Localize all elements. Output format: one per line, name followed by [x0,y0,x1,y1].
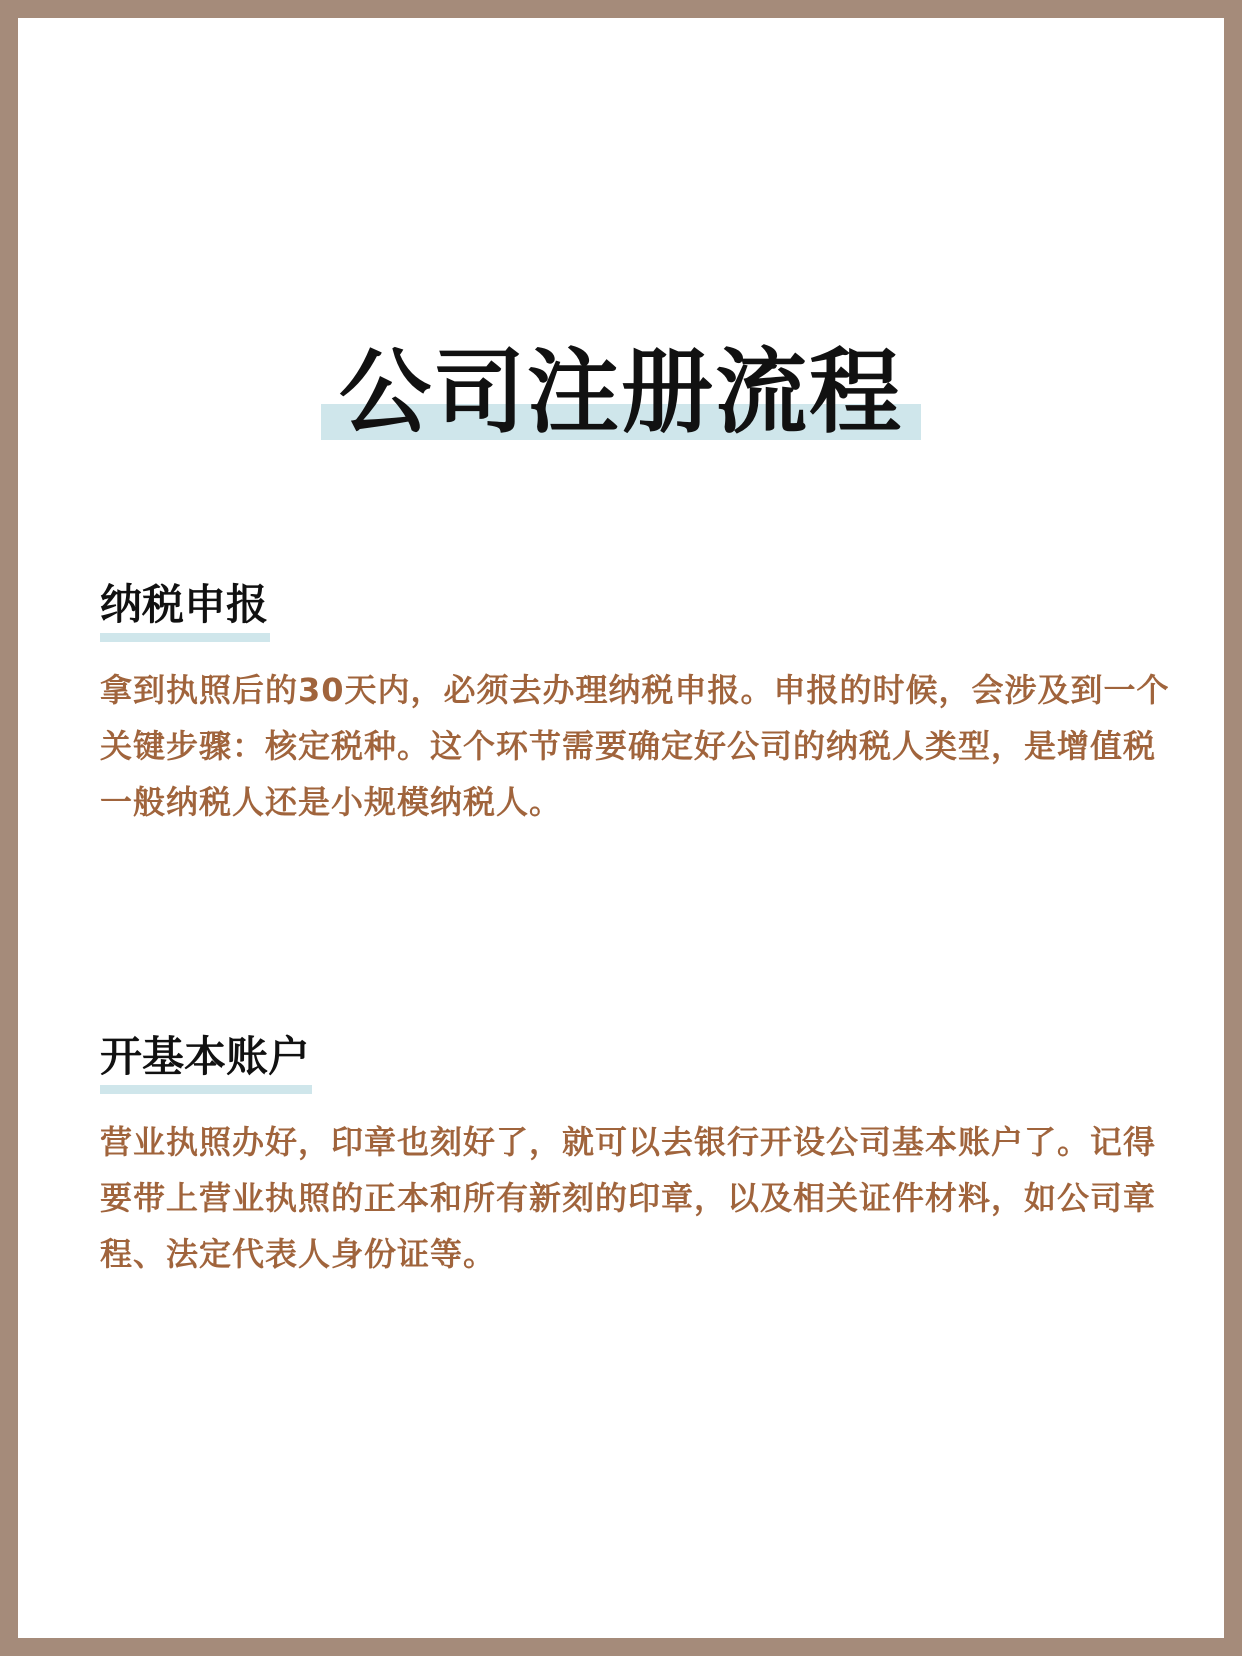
section-body: 营业执照办好，印章也刻好了，就可以去银行开设公司基本账户了。记得要带上营业执照的… [100,1114,1170,1282]
section-bank-account: 开基本账户 营业执照办好，印章也刻好了，就可以去银行开设公司基本账户了。记得要带… [100,1030,1170,1314]
section-heading: 纳税申报 [100,578,270,632]
page-title: 公司注册流程 [321,342,921,442]
section-body: 拿到执照后的30天内，必须去办理纳税申报。申报的时候，会涉及到一个关键步骤：核定… [100,662,1170,830]
section-tax-filing: 纳税申报 拿到执照后的30天内，必须去办理纳税申报。申报的时候，会涉及到一个关键… [100,578,1170,862]
title-container: 公司注册流程 [18,280,1224,503]
content-card: 公司注册流程 纳税申报 拿到执照后的30天内，必须去办理纳税申报。申报的时候，会… [18,18,1224,1638]
section-heading: 开基本账户 [100,1030,312,1084]
